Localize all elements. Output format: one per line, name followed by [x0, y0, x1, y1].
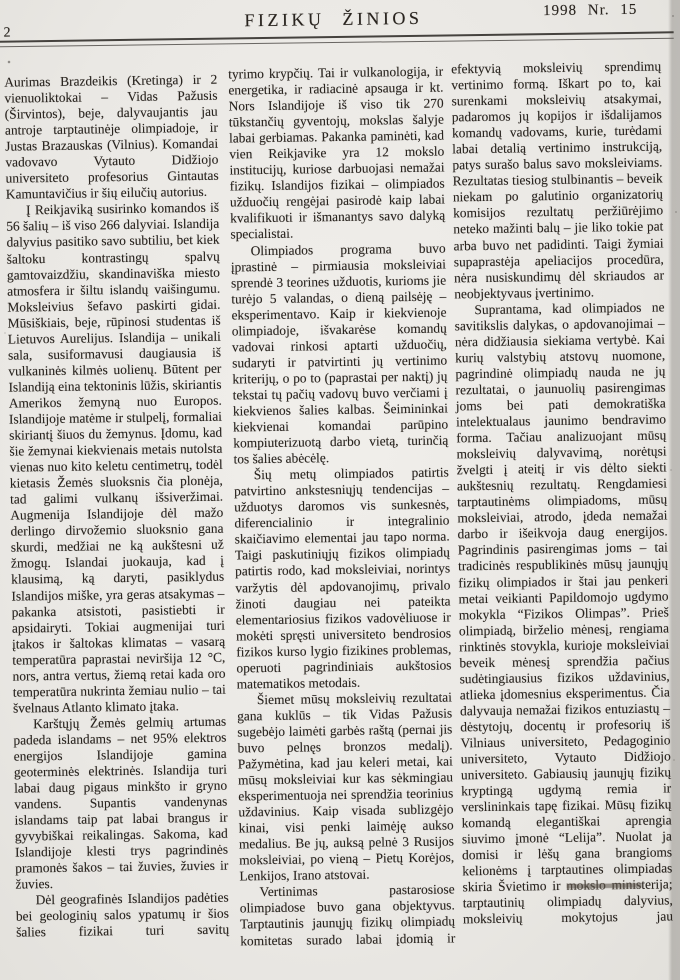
paragraph: Į Reikjaviką susirinko komandos iš 56 ša…: [6, 200, 226, 716]
text-column-1: Aurimas Brazdeikis (Kretinga) ir 2 vienu…: [4, 65, 229, 952]
paragraph: tyrimo krypčių. Tai ir vulkanologija, ir…: [228, 64, 445, 244]
paragraph: Vertinimas pastarosiose olimpiadose buvo…: [240, 882, 456, 949]
paragraph: Šiemet mūsų moksleivių rezultatai gana k…: [237, 689, 455, 885]
paragraph: Suprantama, kad olimpiados ne savitiksli…: [454, 299, 673, 928]
paragraph: Olimpiados programa buvo įprastinė – pir…: [231, 240, 449, 468]
header-rule: [0, 31, 674, 48]
issue-label: 1998 Nr. 15: [543, 2, 637, 20]
text-column-2: tyrimo krypčių. Tai ir vulkanologija, ir…: [228, 62, 455, 949]
text-column-3: efektyvią moksleivių sprendimų vertinimo…: [451, 58, 673, 945]
article-body: Aurimas Brazdeikis (Kretinga) ir 2 vienu…: [4, 58, 675, 952]
paragraph: Karštųjų Žemės gelmių artumas padeda isl…: [13, 713, 228, 892]
ink-smudge: mokslo minis: [566, 877, 641, 893]
scanned-journal-page: 2 FIZIKŲ ŽINIOS 1998 Nr. 15 Aurimas Braz…: [0, 0, 680, 980]
page-content: 2 FIZIKŲ ŽINIOS 1998 Nr. 15 Aurimas Braz…: [0, 0, 680, 980]
paragraph: Dėl geografinės Islandijos padėties bei …: [16, 890, 230, 941]
paragraph: efektyvią moksleivių sprendimų vertinimo…: [451, 58, 664, 302]
paragraph: Aurimas Brazdeikis (Kretinga) ir 2 vienu…: [4, 72, 219, 203]
paragraph: Šių metų olimpiados patirtis patvirtino …: [234, 465, 452, 693]
